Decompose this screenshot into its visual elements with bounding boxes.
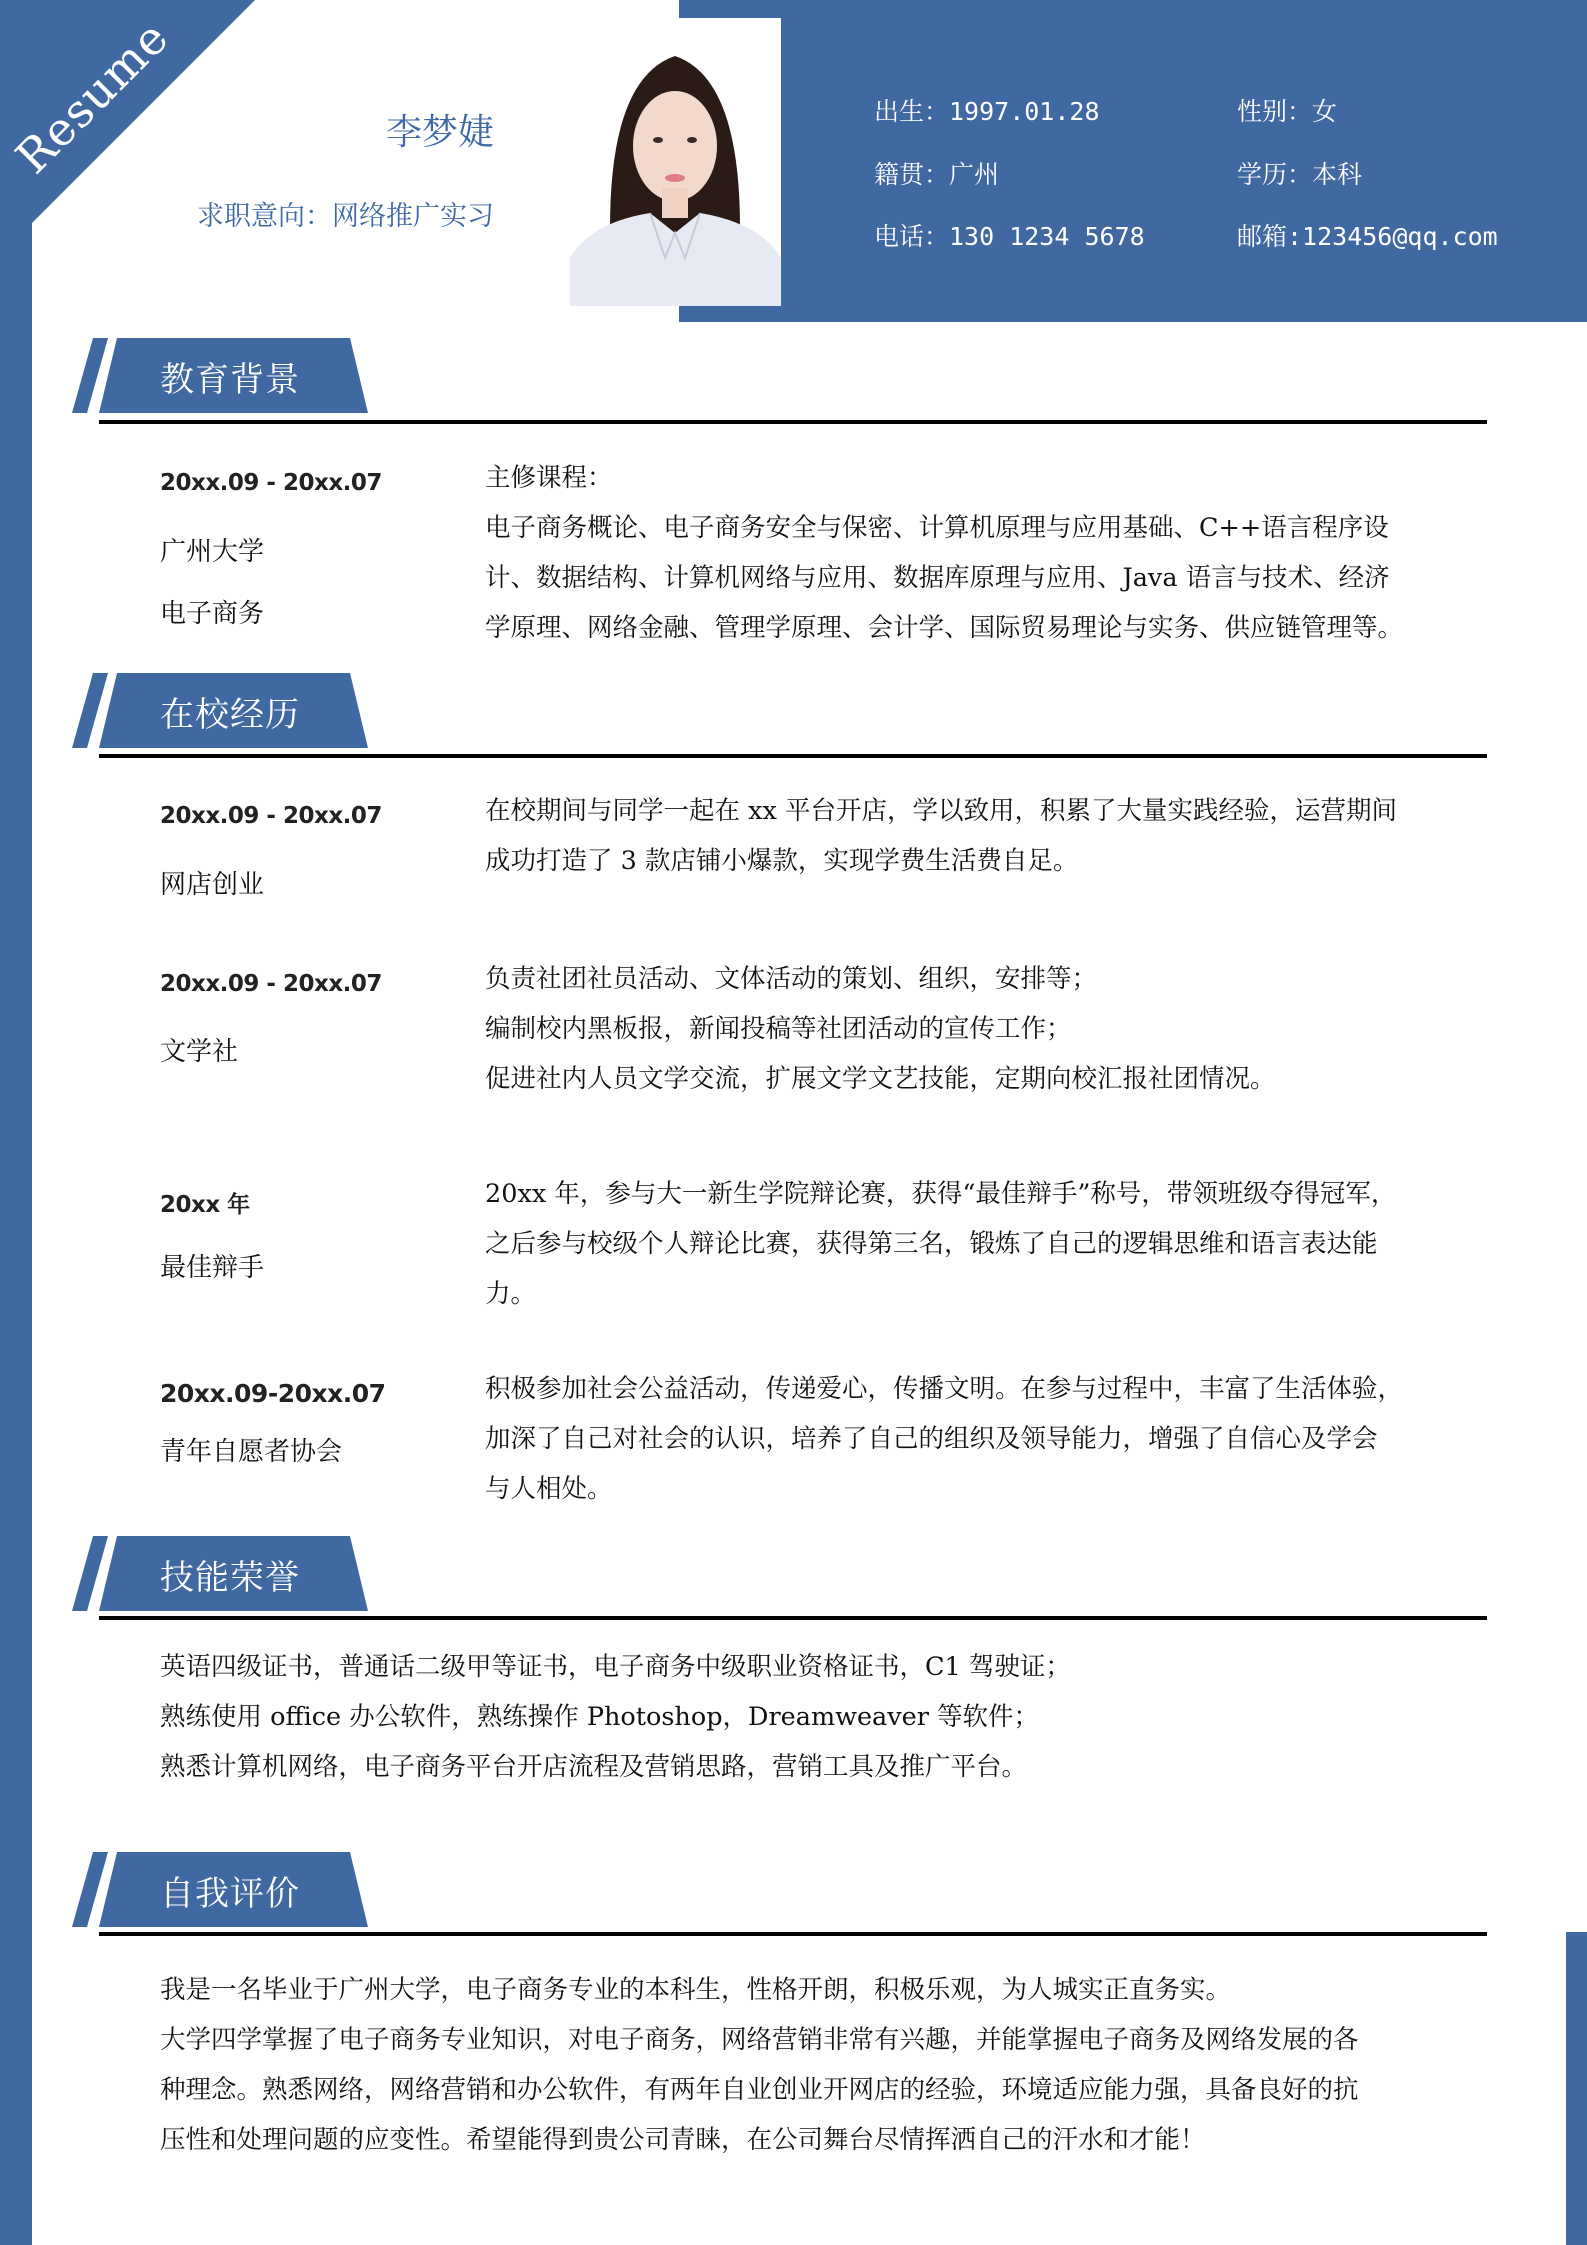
text-line: 积极参加社会公益活动，传递爱心，传播文明。在参与过程中，丰富了生活体验， bbox=[485, 1364, 1475, 1414]
candidate-name: 李梦婕 bbox=[386, 104, 494, 155]
campus-entry-label: 网店创业 bbox=[160, 864, 264, 901]
campus-entry-text: 在校期间与同学一起在 xx 平台开店，学以致用，积累了大量实践经验，运营期间 成… bbox=[485, 786, 1475, 886]
text-line: 20xx 年，参与大一新生学院辩论赛，获得“最佳辩手”称号，带领班级夺得冠军， bbox=[485, 1169, 1475, 1219]
text-line: 之后参与校级个人辩论比赛，获得第三名，锻炼了自己的逻辑思维和语言表达能 bbox=[485, 1219, 1475, 1269]
section-title: 技能荣誉 bbox=[160, 1550, 300, 1599]
campus-entry-text: 20xx 年，参与大一新生学院辩论赛，获得“最佳辩手”称号，带领班级夺得冠军， … bbox=[485, 1169, 1475, 1319]
campus-entry-label: 青年自愿者协会 bbox=[160, 1431, 342, 1468]
text-line: 促进社内人员文学交流，扩展文学文艺技能，定期向校汇报社团情况。 bbox=[485, 1054, 1475, 1104]
left-accent-bar bbox=[0, 0, 32, 2245]
education-school: 广州大学 bbox=[160, 531, 264, 568]
campus-entry-date: 20xx.09-20xx.07 bbox=[160, 1379, 386, 1408]
text-line: 力。 bbox=[485, 1269, 1475, 1319]
section-header-skills: 技能荣誉 bbox=[68, 1536, 373, 1612]
section-header-self-evaluation: 自我评价 bbox=[68, 1852, 373, 1928]
courses-line: 电子商务概论、电子商务安全与保密、计算机原理与应用基础、C++语言程序设 bbox=[485, 503, 1475, 553]
section-title: 自我评价 bbox=[160, 1866, 300, 1915]
text-line: 与人相处。 bbox=[485, 1464, 1475, 1514]
section-divider bbox=[99, 754, 1487, 758]
header-info-panel bbox=[679, 0, 1587, 322]
campus-entry-label: 最佳辩手 bbox=[160, 1247, 264, 1284]
info-email: 邮箱:123456@qq.com bbox=[1237, 217, 1498, 253]
right-accent-bar bbox=[1566, 1932, 1587, 2245]
campus-entry-text: 负责社团社员活动、文体活动的策划、组织，安排等； 编制校内黑板报，新闻投稿等社团… bbox=[485, 954, 1475, 1104]
text-line: 大学四学掌握了电子商务专业知识，对电子商务，网络营销非常有兴趣，并能掌握电子商务… bbox=[160, 2015, 1480, 2065]
education-date: 20xx.09 - 20xx.07 bbox=[160, 470, 382, 496]
section-divider bbox=[99, 420, 1487, 424]
text-line: 种理念。熟悉网络，网络营销和办公软件，有两年自业创业开网店的经验，环境适应能力强… bbox=[160, 2065, 1480, 2115]
section-divider bbox=[99, 1932, 1487, 1936]
skills-text: 英语四级证书，普通话二级甲等证书，电子商务中级职业资格证书，C1 驾驶证； 熟练… bbox=[160, 1642, 1480, 1792]
portrait-photo bbox=[570, 18, 781, 306]
info-phone: 电话：130 1234 5678 bbox=[874, 217, 1145, 253]
info-birth: 出生：1997.01.28 bbox=[874, 92, 1100, 128]
campus-entry-label: 文学社 bbox=[160, 1031, 238, 1068]
campus-entry-date: 20xx.09 - 20xx.07 bbox=[160, 803, 382, 829]
section-title: 在校经历 bbox=[160, 687, 300, 736]
text-line: 熟练使用 office 办公软件，熟练操作 Photoshop，Dreamwea… bbox=[160, 1692, 1480, 1742]
campus-entry-date: 20xx 年 bbox=[160, 1186, 250, 1219]
self-evaluation-text: 我是一名毕业于广州大学，电子商务专业的本科生，性格开朗，积极乐观，为人城实正直务… bbox=[160, 1965, 1480, 2165]
education-courses: 主修课程： 电子商务概论、电子商务安全与保密、计算机原理与应用基础、C++语言程… bbox=[485, 453, 1475, 653]
info-degree: 学历：本科 bbox=[1237, 155, 1362, 191]
text-line: 我是一名毕业于广州大学，电子商务专业的本科生，性格开朗，积极乐观，为人城实正直务… bbox=[160, 1965, 1480, 2015]
education-major: 电子商务 bbox=[160, 593, 264, 630]
text-line: 编制校内黑板报，新闻投稿等社团活动的宣传工作； bbox=[485, 1004, 1475, 1054]
courses-line: 计、数据结构、计算机网络与应用、数据库原理与应用、Java 语言与技术、经济 bbox=[485, 553, 1475, 603]
portrait-icon bbox=[570, 18, 781, 306]
section-title: 教育背景 bbox=[160, 352, 300, 401]
courses-line: 学原理、网络金融、管理学原理、会计学、国际贸易理论与实务、供应链管理等。 bbox=[485, 603, 1475, 653]
info-gender: 性别：女 bbox=[1237, 92, 1337, 128]
text-line: 加深了自己对社会的认识，培养了自己的组织及领导能力，增强了自信心及学会 bbox=[485, 1414, 1475, 1464]
text-line: 成功打造了 3 款店铺小爆款，实现学费生活费自足。 bbox=[485, 836, 1475, 886]
text-line: 在校期间与同学一起在 xx 平台开店，学以致用，积累了大量实践经验，运营期间 bbox=[485, 786, 1475, 836]
campus-entry-date: 20xx.09 - 20xx.07 bbox=[160, 971, 382, 997]
campus-entry-text: 积极参加社会公益活动，传递爱心，传播文明。在参与过程中，丰富了生活体验， 加深了… bbox=[485, 1364, 1475, 1514]
courses-label: 主修课程： bbox=[485, 453, 1475, 503]
section-header-campus: 在校经历 bbox=[68, 673, 373, 749]
job-intent: 求职意向：网络推广实习 bbox=[197, 194, 494, 233]
text-line: 负责社团社员活动、文体活动的策划、组织，安排等； bbox=[485, 954, 1475, 1004]
text-line: 压性和处理问题的应变性。希望能得到贵公司青睐，在公司舞台尽情挥洒自己的汗水和才能… bbox=[160, 2115, 1480, 2165]
section-divider bbox=[99, 1616, 1487, 1620]
text-line: 英语四级证书，普通话二级甲等证书，电子商务中级职业资格证书，C1 驾驶证； bbox=[160, 1642, 1480, 1692]
text-line: 熟悉计算机网络，电子商务平台开店流程及营销思路，营销工具及推广平台。 bbox=[160, 1742, 1480, 1792]
section-header-education: 教育背景 bbox=[68, 338, 373, 414]
info-hometown: 籍贯：广州 bbox=[874, 155, 999, 191]
